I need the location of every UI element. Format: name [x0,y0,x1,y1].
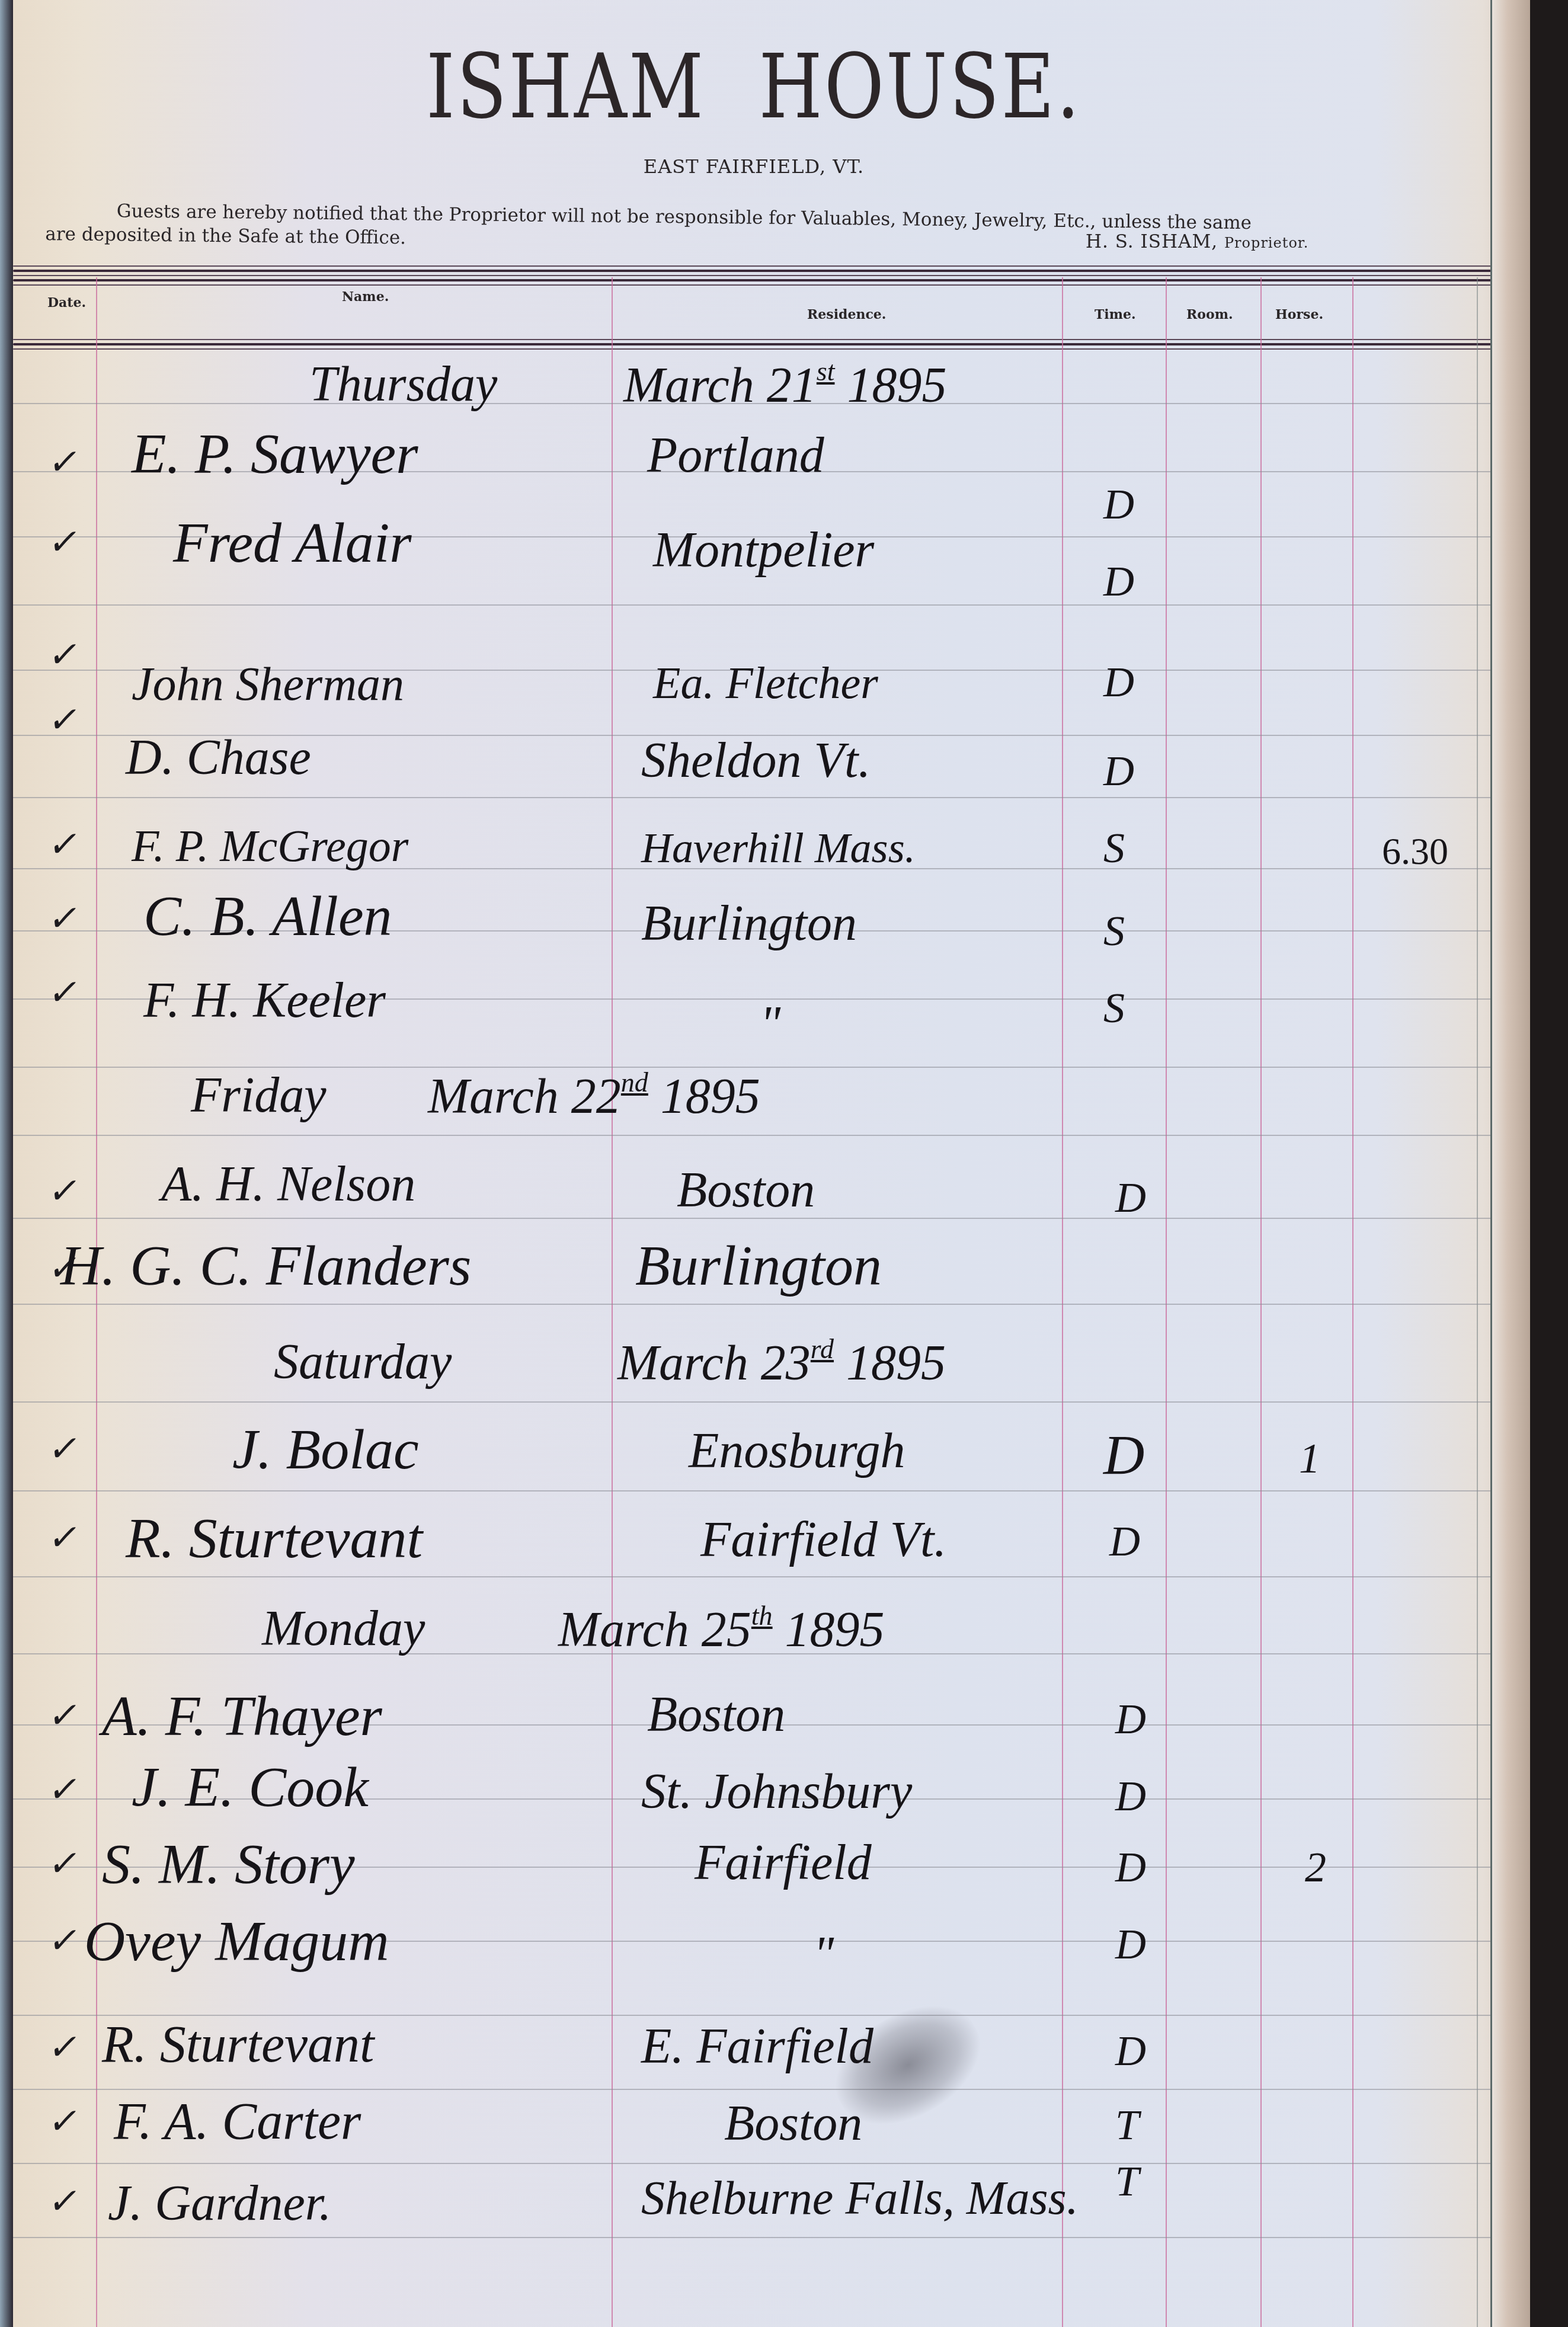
check-mark-icon: ✓ [46,1843,84,1884]
guest-name: F. A. Carter [114,2092,361,2152]
guest-time: S [1103,824,1125,873]
guest-name: J. Bolac [232,1416,419,1482]
guest-residence: E. Fairfield [641,2018,873,2075]
guest-residence: Montpelier [653,521,874,579]
guest-time: D [1115,1920,1146,1969]
page-edge [1490,0,1530,2327]
guest-name: John Sherman [132,658,404,712]
guest-residence: Fairfield Vt. [700,1511,946,1569]
check-mark-icon: ✓ [46,2101,84,2142]
check-mark-icon: ✓ [46,898,84,939]
guest-name: H. G. C. Flanders [60,1233,471,1298]
guest-residence: St. Johnsbury [641,1763,912,1820]
column-rule-residence [1062,277,1063,2327]
guest-name: F. P. McGregor [132,821,408,872]
guest-time: S [1103,984,1125,1033]
guest-time: T [1115,2157,1139,2206]
guest-name: E. P. Sawyer [132,421,418,486]
guest-name: Ovey Magum [84,1908,389,1974]
guest-name: R. Sturtevant [102,2015,374,2075]
day-heading-thursday: Thursday [309,356,497,413]
column-header-residence: Residence. [807,307,886,322]
guest-time: D [1115,1772,1146,1821]
proprietor-signature: H. S. ISHAM, Proprietor. [1086,231,1308,252]
check-mark-icon: ✓ [46,1517,84,1558]
column-rule-date [96,277,97,2327]
book-binding [0,0,13,2327]
column-rule-time [1166,277,1167,2327]
title-word-isham: ISHAM [426,36,705,139]
guest-name: J. Gardner. [108,2175,331,2232]
guest-residence: Burlington [635,1233,882,1298]
column-rule-name [612,277,613,2327]
guest-residence: Burlington [641,895,857,952]
guest-name: D. Chase [126,729,311,786]
guest-time: D [1115,1695,1146,1744]
check-mark-icon: ✓ [46,521,84,563]
header-rule-top [13,265,1495,289]
date-heading-monday: March 25th 1895 [558,1600,885,1659]
guest-time: D [1115,1843,1146,1892]
column-rule-extra [1477,277,1478,2327]
guest-horse: 2 [1305,1843,1326,1892]
column-header-date: Date. [47,295,86,311]
guest-name: Fred Alair [173,510,412,575]
check-mark-icon: ✓ [46,824,84,865]
guest-time: D [1103,747,1134,796]
register-header: ISHAMHOUSE. EAST FAIRFIELD, VT. Guests a… [13,0,1495,284]
guest-residence: Sheldon Vt. [641,732,871,789]
column-rule-room [1260,277,1262,2327]
guest-name: C. B. Allen [143,883,392,949]
column-header-room: Room. [1186,307,1233,322]
guest-time: D [1109,1517,1140,1566]
check-mark-icon: ✓ [46,1920,84,1961]
guest-residence: " [813,1926,834,1983]
guest-time: D [1103,557,1134,606]
guest-name: A. F. Thayer [102,1683,382,1749]
guest-time: D [1115,2027,1146,2076]
check-mark-icon: ✓ [46,2181,84,2222]
location-line: EAST FAIRFIELD, VT. [13,155,1495,178]
guest-name: S. M. Story [102,1831,355,1897]
check-mark-icon: ✓ [46,1428,84,1470]
title-word-house: HOUSE. [759,36,1081,139]
day-heading-monday: Monday [262,1600,425,1657]
guest-residence: Portland [647,427,824,484]
guest-horse: 1 [1299,1434,1320,1483]
check-mark-icon: ✓ [46,1695,84,1736]
guest-residence: Boston [647,1686,785,1743]
guest-time: T [1115,2101,1139,2150]
guest-time: D [1115,1173,1146,1222]
proprietor-name: H. S. ISHAM, [1086,231,1218,252]
date-heading-saturday: March 23rd 1895 [617,1333,946,1392]
guest-residence: Ea. Fletcher [653,658,878,709]
day-heading-friday: Friday [191,1067,327,1124]
guest-residence: Haverhill Mass. [641,824,916,873]
register-page: ISHAMHOUSE. EAST FAIRFIELD, VT. Guests a… [13,0,1530,2327]
date-heading-thursday: March 21st 1895 [623,356,947,414]
guest-extra-value: 6.30 [1382,830,1448,873]
column-rule-horse [1352,277,1353,2327]
proprietor-title: Proprietor. [1224,235,1308,251]
date-heading-friday: March 22nd 1895 [428,1067,760,1125]
check-mark-icon: ✓ [46,1769,84,1810]
guest-residence: Enosburgh [689,1422,905,1480]
column-header-horse: Horse. [1275,307,1323,322]
check-mark-icon: ✓ [46,441,84,483]
column-header-time: Time. [1095,307,1136,322]
guest-residence: Boston [724,2095,862,2152]
page-title: ISHAMHOUSE. [146,36,1361,139]
guest-name: F. H. Keeler [143,972,386,1029]
guest-time: S [1103,907,1125,956]
guest-name: R. Sturtevant [126,1505,423,1571]
guest-residence: Boston [677,1161,815,1219]
guest-residence: " [760,996,780,1053]
day-heading-saturday: Saturday [274,1333,452,1391]
check-mark-icon: ✓ [46,2027,84,2068]
guest-residence: Fairfield [695,1834,872,1891]
guest-time: D [1103,1422,1144,1488]
guest-time: D [1103,658,1134,707]
check-mark-icon: ✓ [46,972,84,1013]
guest-name: A. H. Nelson [161,1156,415,1213]
header-rule-bottom [13,339,1495,353]
column-header-name: Name. [342,289,389,305]
guest-residence: Shelburne Falls, Mass. [641,2172,1079,2226]
guest-name: J. E. Cook [132,1754,369,1820]
check-mark-icon: ✓ [46,1170,84,1212]
guest-time: D [1103,480,1134,529]
